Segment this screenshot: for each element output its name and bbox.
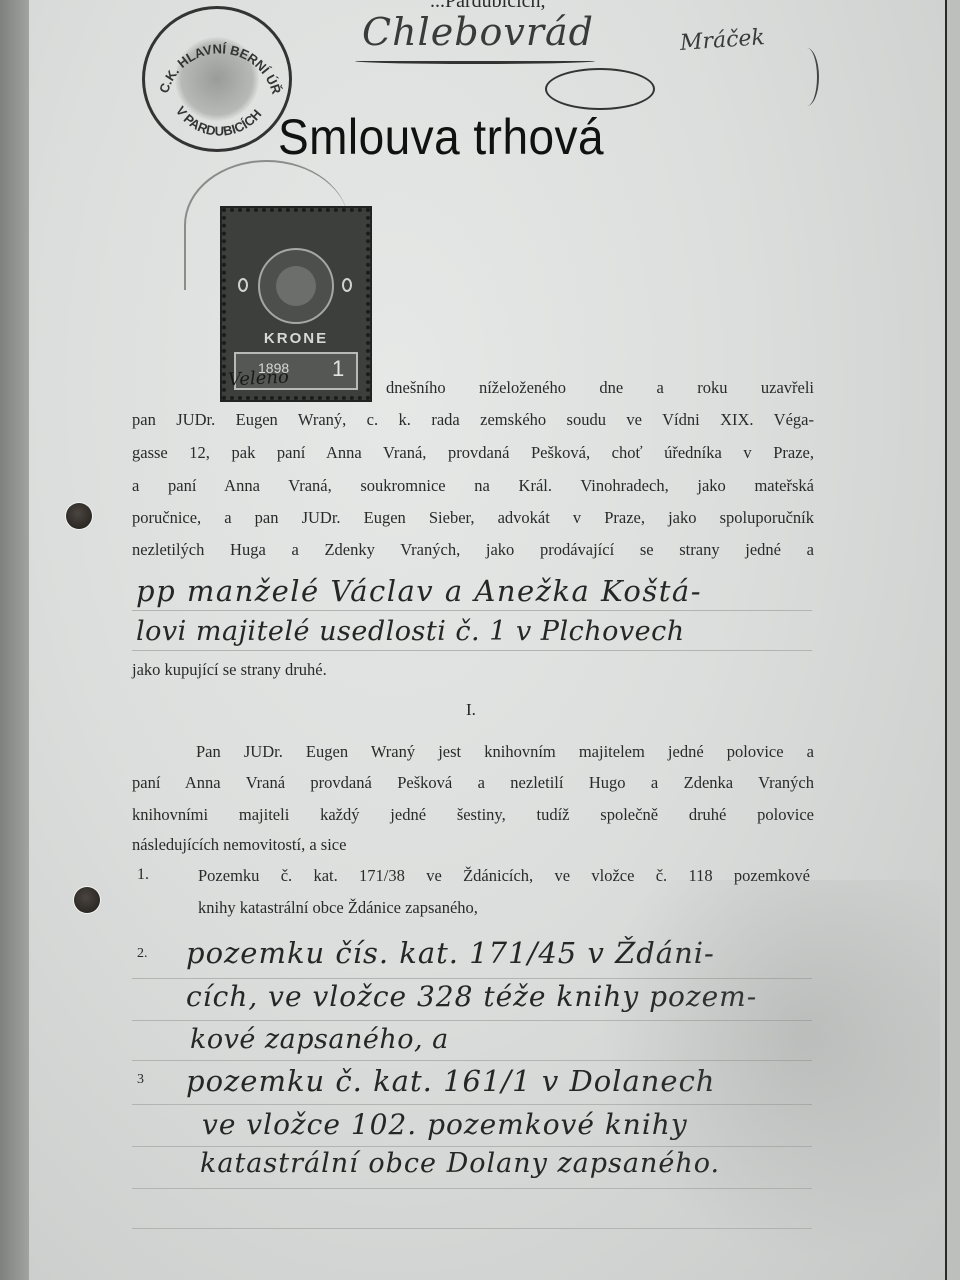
svg-text:C.K. HLAVNÍ BERNÍ ÚŘAD: C.K. HLAVNÍ BERNÍ ÚŘAD [145, 9, 284, 96]
item-number: 2. [137, 946, 148, 962]
signature-flourish [545, 68, 655, 110]
svg-text:V PARDUBICÍCH: V PARDUBICÍCH [173, 103, 265, 138]
section-line: paní Anna Vraná provdaná Pešková a nezle… [132, 773, 814, 793]
signature-right-flourish [795, 48, 819, 106]
intro-line: dnešního níželoženého dne a roku uzavřel… [386, 378, 814, 398]
punch-hole-upper [66, 503, 92, 529]
stamp-denomination: KRONE [226, 330, 366, 347]
seal-ring-text: C.K. HLAVNÍ BERNÍ ÚŘAD V PARDUBICÍCH [145, 9, 295, 155]
signature-underline [355, 58, 595, 64]
scan-background-right [947, 0, 960, 1280]
stamp-cancellation: Veleno [227, 366, 289, 390]
intro-line: poručnice, a pan JUDr. Eugen Sieber, adv… [132, 508, 814, 528]
section-line: Pan JUDr. Eugen Wraný jest knihovním maj… [196, 742, 814, 762]
handwritten-item-line: kové zapsaného, a [190, 1024, 449, 1055]
intro-line: nezletilých Huga a Zdenky Vraných, jako … [132, 540, 814, 560]
intro-line: gasse 12, pak paní Anna Vraná, provdaná … [132, 443, 814, 463]
stamp-side-ornament-icon [238, 278, 248, 292]
buyers-suffix: jako kupující se strany druhé. [132, 660, 814, 680]
item-number: 1. [137, 866, 149, 884]
signature-main: Chlebovrád [362, 10, 594, 54]
handwritten-buyers-line: lovi majitelé usedlosti č. 1 v Plchovech [136, 616, 685, 647]
stamp-value: 1 [332, 356, 344, 382]
section-line: následujících nemovitostí, a sice [132, 835, 814, 855]
ruled-line [132, 610, 812, 611]
section-number: I. [466, 700, 476, 720]
paper-stain [600, 880, 940, 1260]
handwritten-buyers-line: pp manželé Václav a Anežka Koštá- [136, 574, 702, 608]
document-title: Smlouva trhová [278, 108, 604, 166]
punch-hole-lower [74, 887, 100, 913]
intro-line: pan JUDr. Eugen Wraný, c. k. rada zemské… [132, 410, 814, 430]
section-line: knihovními majiteli každý jedné šestiny,… [132, 805, 814, 825]
ruled-line [132, 650, 812, 651]
stamp-side-ornament-icon [342, 278, 352, 292]
intro-line: a paní Anna Vraná, soukromnice na Král. … [132, 476, 814, 496]
item-number: 3 [137, 1072, 144, 1088]
official-seal-icon: C.K. HLAVNÍ BERNÍ ÚŘAD V PARDUBICÍCH [142, 6, 292, 152]
stamp-medallion-icon [258, 248, 334, 324]
scan-background-left [0, 0, 30, 1280]
